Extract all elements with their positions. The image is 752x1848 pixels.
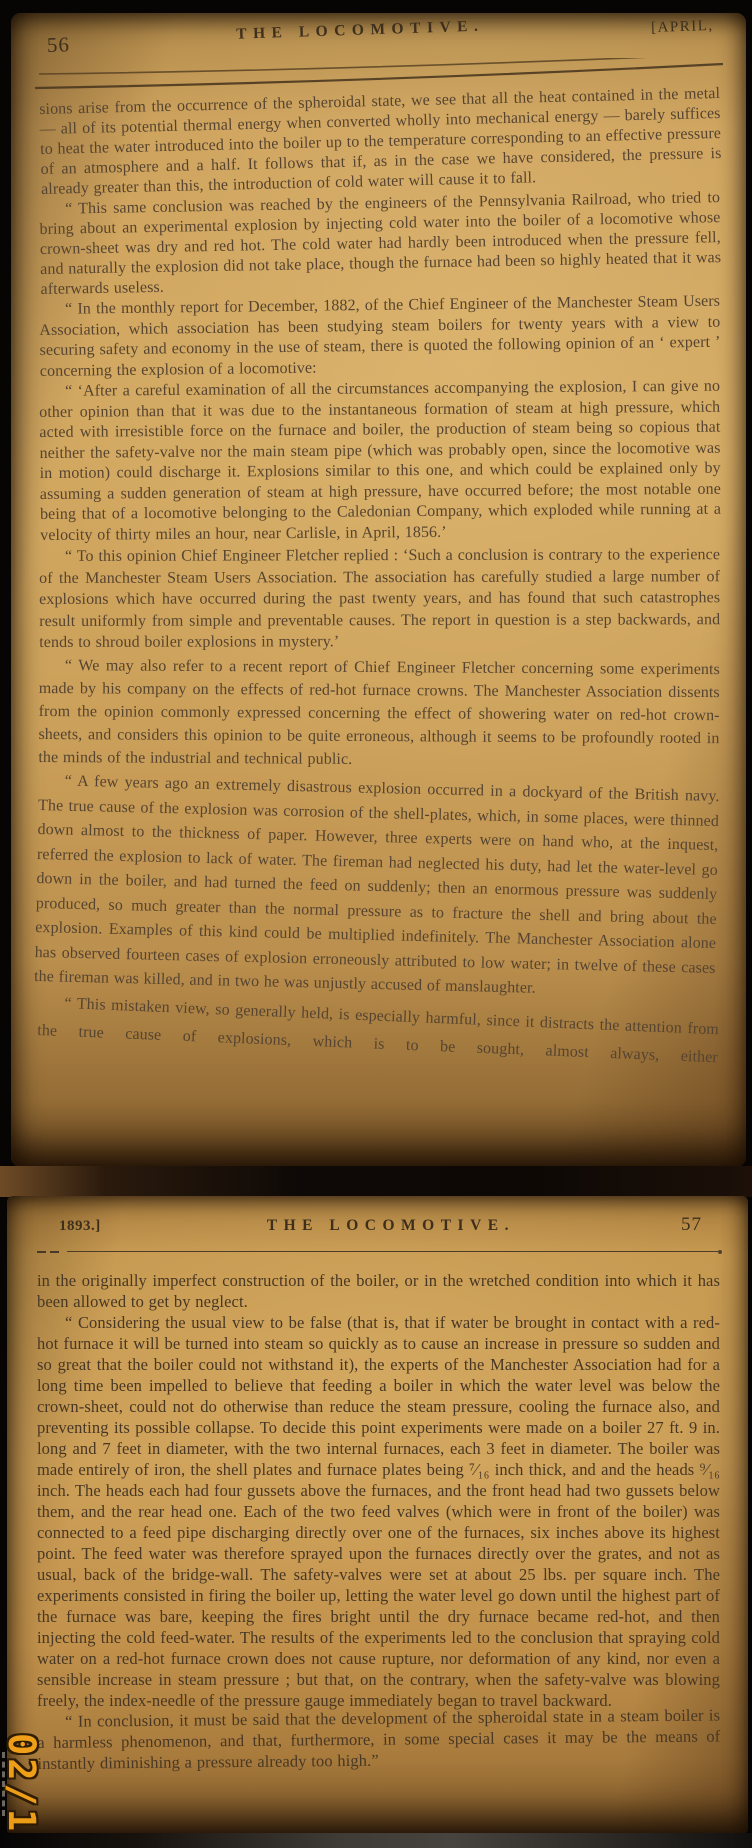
timestamp-watermark: 02/1 <box>0 1733 43 1848</box>
header-rule <box>37 1248 722 1258</box>
page-57-text: in the originally imperfect construction… <box>37 1270 720 1774</box>
paragraph: in the originally imperfect construction… <box>37 1270 720 1312</box>
page-number: 57 <box>681 1214 702 1236</box>
page-57: 1893.] THE LOCOMOTIVE. 57 in the origina… <box>7 1196 748 1834</box>
paragraph: “ ‘After a careful examination of all th… <box>39 377 721 546</box>
journal-title: THE LOCOMOTIVE. <box>101 1217 681 1235</box>
paragraph: “ A few years ago an extremely disastrou… <box>34 769 720 1005</box>
photo-bottom-edge <box>0 1833 752 1848</box>
page-56-header: 56 THE LOCOMOTIVE. [APRIL, <box>47 13 714 58</box>
scanned-book-photo: 56 THE LOCOMOTIVE. [APRIL, sions arise f… <box>0 0 752 1848</box>
paragraph: “ In the monthly report for December, 18… <box>39 292 721 382</box>
paragraph: “ In conclusion, it must be said that th… <box>37 1704 721 1774</box>
page-gap <box>0 1166 752 1197</box>
paragraph: “ Considering the usual view to be false… <box>37 1312 720 1711</box>
page-56-text: sions arise from the occurrence of the s… <box>39 100 720 1045</box>
rule-dash <box>50 1251 59 1253</box>
paragraph: sions arise from the occurrence of the s… <box>39 84 722 200</box>
paragraph: “ This same conclusion was reached by th… <box>39 188 722 300</box>
date-tag: 1893.] <box>59 1218 101 1235</box>
paragraph: “ We may also refer to a recent report o… <box>38 654 720 773</box>
rule-dot <box>718 1250 722 1254</box>
issue-month: [APRIL, <box>651 18 714 37</box>
rule-dash <box>37 1251 46 1253</box>
rule-line <box>67 1251 718 1252</box>
page-56: 56 THE LOCOMOTIVE. [APRIL, sions arise f… <box>11 13 746 1167</box>
paragraph: “ To this opinion Chief Engineer Fletche… <box>39 544 720 653</box>
page-57-header: 1893.] THE LOCOMOTIVE. 57 <box>59 1214 702 1236</box>
timestamp-watermark-fragment <box>2 1752 5 1816</box>
journal-title: THE LOCOMOTIVE. <box>69 13 651 49</box>
page-number: 56 <box>47 32 71 58</box>
